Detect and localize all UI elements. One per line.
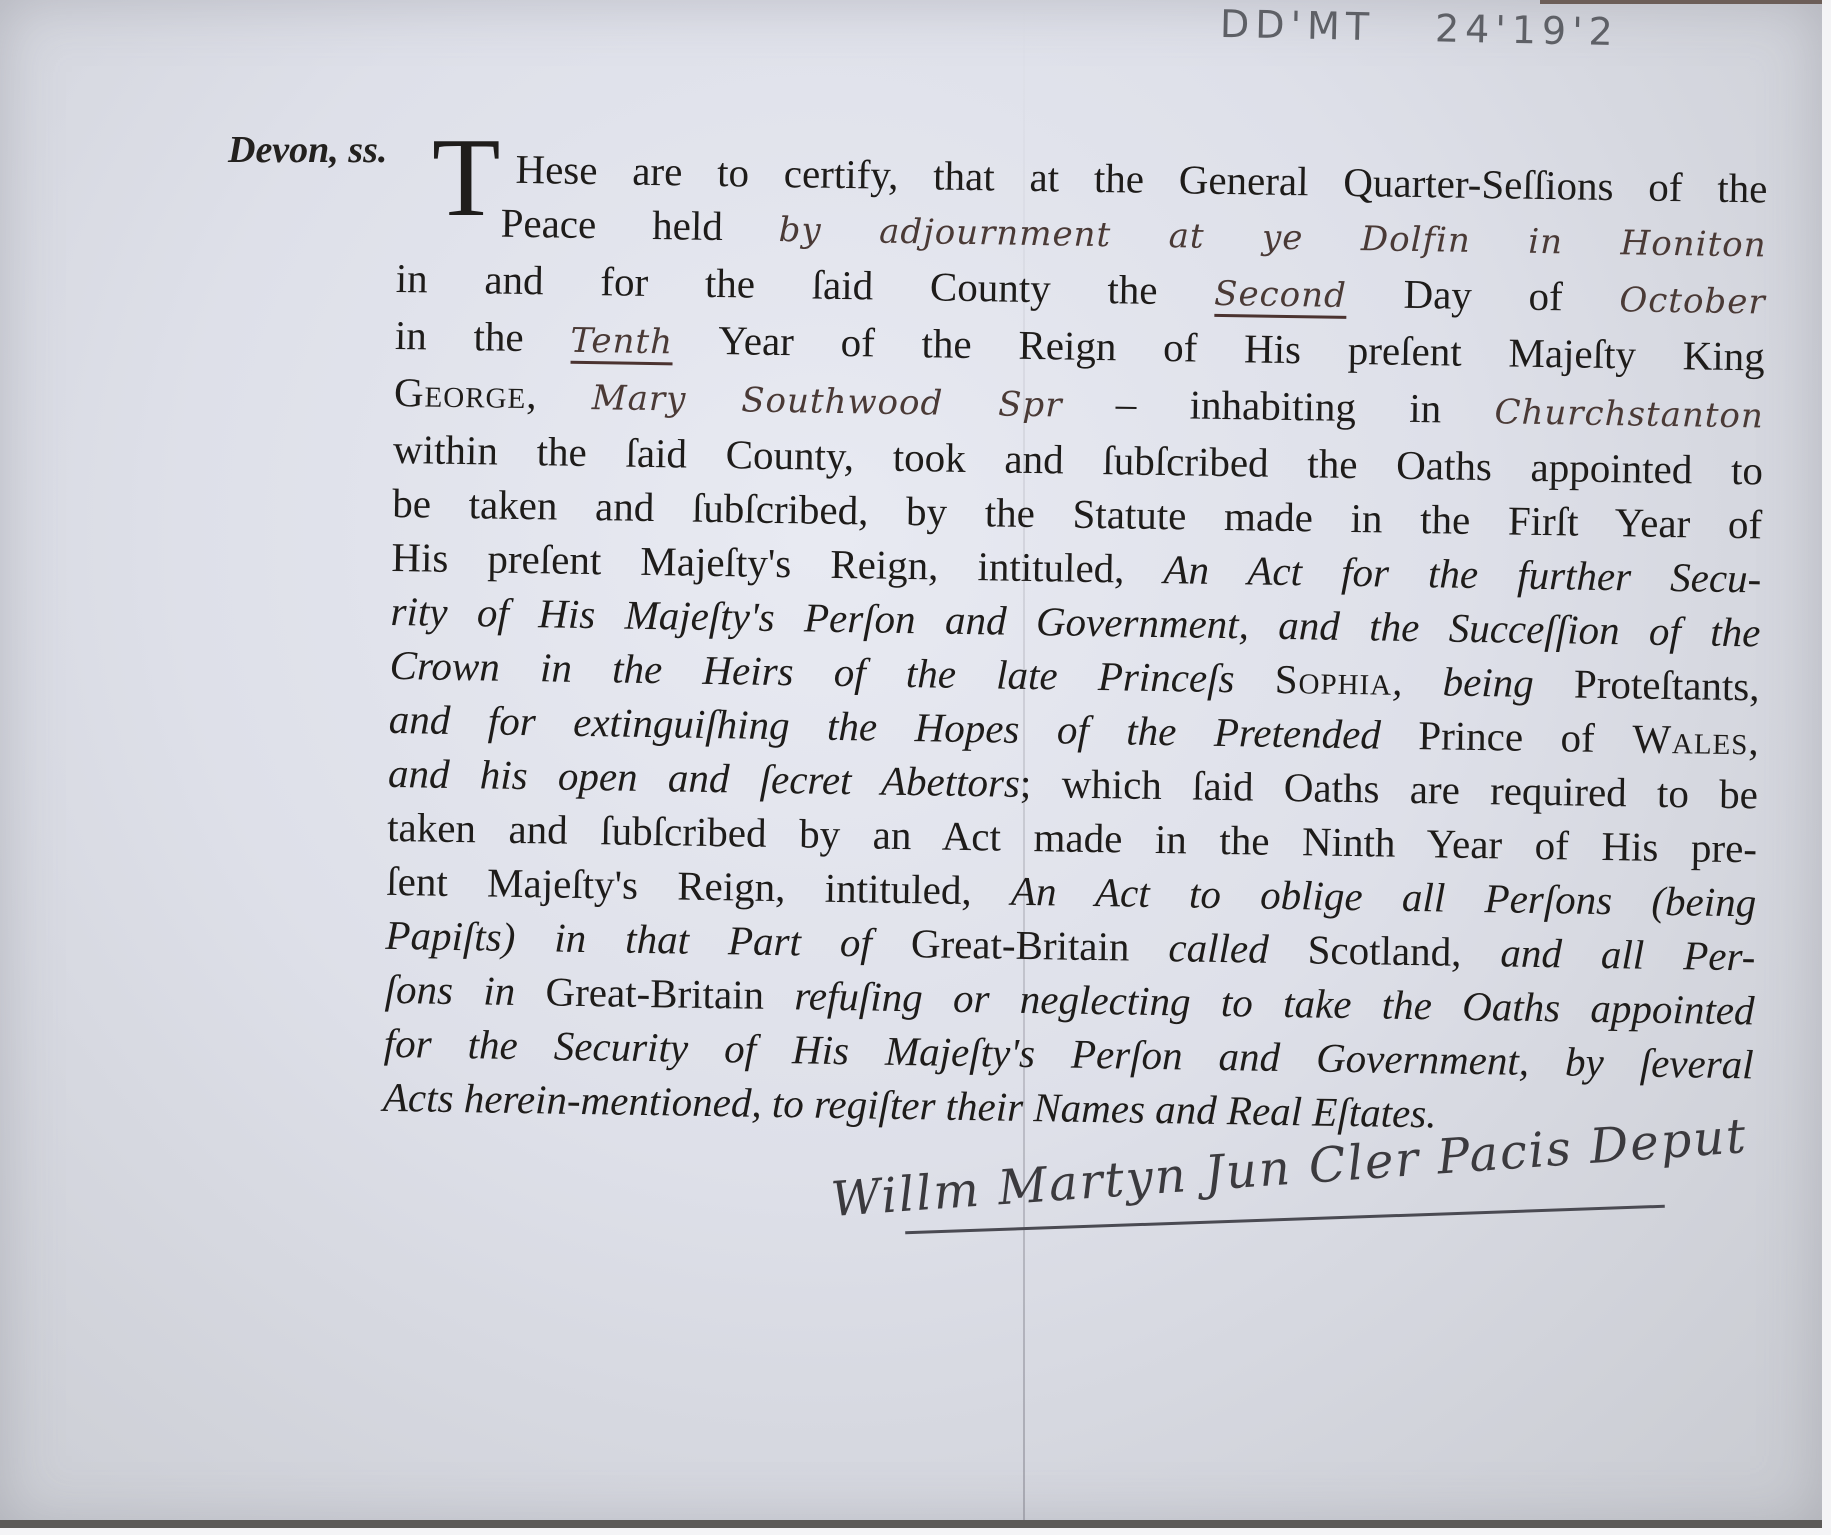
printed-text: ſent Majeſty's Reign, intituled,: [386, 858, 1011, 914]
printed-text: – inhabiting in: [1062, 379, 1495, 432]
smallcaps-text: George,: [394, 369, 593, 418]
archive-code: DD'MT: [1220, 2, 1376, 49]
printed-text: Day of: [1346, 270, 1619, 320]
italic-text: called: [1168, 924, 1308, 972]
italic-text: An Act to oblige all Perſons (being: [1011, 868, 1757, 926]
archive-reference: DD'MT24'19'2: [1220, 2, 1620, 54]
printed-text: ,: [1748, 717, 1759, 763]
italic-text: Acts herein-mentioned, to regiſter their…: [383, 1074, 1437, 1137]
smallcaps-text: Wales: [1632, 715, 1749, 763]
handwritten-entry: by adjournment at ye Dolfin in Honiton: [778, 210, 1766, 266]
italic-text: Crown in the Heirs of the late Princeſs: [389, 642, 1275, 702]
handwritten-entry: Mary Southwood Spr: [592, 378, 1063, 425]
printed-text: Prince of: [1418, 712, 1633, 761]
printed-text: Proteſtants,: [1574, 661, 1760, 710]
printed-text: His preſent Majeſty's Reign, intituled,: [391, 534, 1164, 592]
italic-text: , being: [1392, 658, 1575, 707]
italic-text: Papiſts) in that Part of: [385, 912, 911, 966]
printed-text: Great-Britain: [911, 920, 1169, 970]
italic-text: and all Per-: [1500, 929, 1756, 979]
printed-text: ; which ſaid Oaths are required to be: [1020, 760, 1759, 818]
italic-text: ſons in: [384, 966, 546, 1015]
italic-text: An Act for the further Secu-: [1163, 546, 1761, 601]
smallcaps-text: Sophia: [1274, 656, 1392, 704]
handwritten-entry: Tenth: [570, 321, 673, 366]
printed-text: in and for the ſaid County the: [395, 255, 1214, 314]
handwritten-entry: October: [1619, 280, 1766, 322]
printed-text: Great-Britain: [545, 968, 795, 1018]
printed-text: Scotland,: [1307, 926, 1500, 975]
page-edge-shadow: [1540, 0, 1822, 4]
printed-text: in the: [395, 312, 571, 361]
printed-text: Peace held: [500, 200, 779, 250]
certificate-text: Hese are to certify, that at the General…: [383, 140, 1768, 1145]
archive-number: 24'19'2: [1435, 6, 1620, 54]
document-page: DD'MT24'19'2 Devon, ss. T Hese are to ce…: [0, 0, 1822, 1528]
county-heading: Devon, ss.: [228, 128, 387, 172]
handwritten-entry: Second: [1214, 274, 1347, 319]
handwritten-entry: Churchstanton: [1494, 392, 1764, 436]
italic-text: and his open and ſecret Abettors: [388, 750, 1021, 806]
